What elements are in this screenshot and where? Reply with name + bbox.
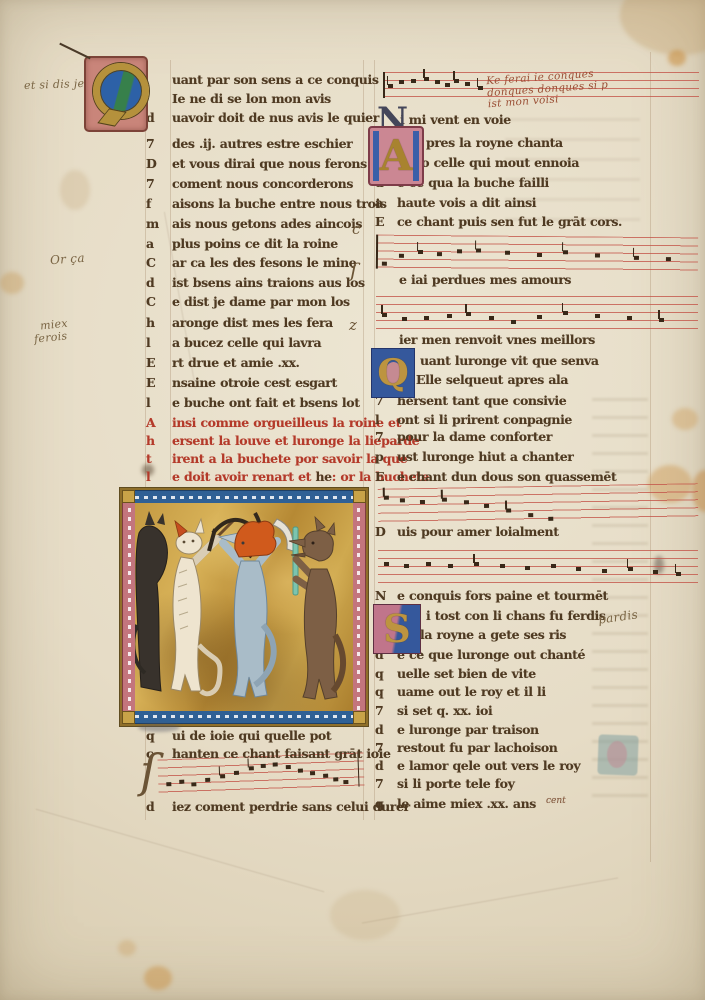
line-text: e conquis fors paine et tourmēt [397,588,608,603]
neume-stem [423,69,425,78]
line-initial: f [146,198,172,211]
verse-line: mais nous getons ades aincois [146,218,362,231]
verse-line: quame out le roy et il li [375,686,546,699]
neume [659,318,664,322]
line-text: nsaine otroie cest esgart [172,375,337,390]
line-initial: a [375,197,397,210]
verse-line: ahaute vois a dit ainsi [375,197,536,210]
neume [400,499,405,503]
neume [384,562,389,566]
line-text: restout fu par lachoison [397,740,558,755]
line-text: Ie ne di se lon mon avis [172,91,331,106]
neume-stem [633,248,635,257]
line-initial: t [146,453,172,466]
line-text: rt drue et amie .xx. [172,355,300,370]
dropcap-S: S [373,604,421,654]
neume [666,258,671,262]
neume-stem [383,487,385,496]
line-text: hersent tant que consivie [397,393,566,408]
line-text: uis pour amer loialment [397,524,559,539]
verse-line: de luronge par traison [375,724,539,737]
neume [529,513,534,517]
line-initial: h [146,435,172,448]
pen-flourish: ſ [350,258,357,282]
verse-line: Ece chant puis sen fut le grāt cors. [375,216,622,229]
verse-line: Elle selqueut apres ala [416,374,568,387]
barline [383,72,385,98]
miniature-frame [120,488,368,726]
verse-line: co celle qui mout ennoia [414,157,579,170]
stain [60,170,90,210]
neume [234,770,239,774]
line-text: la royne a gete ses ris [420,627,566,642]
gold-corner [122,711,135,724]
pen-flourish: z [349,316,357,334]
line-initial: C [146,296,172,309]
line-initial: m [146,218,172,231]
verse-line: ier men renvoit vnes meillors [399,334,595,347]
neume [382,262,387,266]
line-text: des .ij. autres estre eschier [172,136,352,151]
neume [399,80,404,84]
neume [454,79,459,83]
neume-stem [562,303,564,312]
stain [330,890,400,940]
neume-stem [465,304,467,313]
line-initial: a [146,238,172,251]
neume [344,779,349,783]
crease [36,809,325,893]
neume [465,82,470,86]
neume [206,777,211,781]
verse-line: faisons la buche entre nous trois [146,198,387,211]
scroll-pattern [135,496,353,499]
line-text: plus poins ce dit la roine [172,236,338,251]
dark-beast [135,511,167,691]
line-text: uant par son sens a ce conquis [172,72,378,87]
line-text: i mi vent en voie [400,112,511,127]
neume-stem [381,305,383,314]
verse-line: 7si set q. xx. ioi [375,705,492,718]
verse-line: haronge dist mes les fera [146,317,333,330]
neume [382,313,387,317]
ruling-line [650,52,651,862]
margin-note: Or ça [50,251,86,267]
neume [285,765,290,769]
neume [418,250,423,254]
dropcap-A: A [368,126,424,186]
neume [551,564,556,568]
neume [398,253,403,257]
line-initial: 7 [146,178,172,191]
line-text: a bucez celle qui lavra [172,335,321,350]
staff-right-4 [378,483,699,523]
pen-flourish: c [352,220,360,238]
dropcap-Q-globe [84,56,148,132]
verse-line: duavoir doit de nus avis le quier [146,112,379,125]
crease [362,877,618,923]
neume-stem [475,240,477,249]
line-initial: 7 [375,742,397,755]
verse-line: 7restout fu par lachoison [375,742,558,755]
neume [437,252,442,256]
blue-border-bottom [135,709,353,724]
neume [420,500,425,504]
line-initial: d [146,112,172,125]
neume [484,504,489,508]
filigree-pattern [128,490,131,724]
staff-lines [376,296,698,330]
margin-note: et si dis je [24,77,85,92]
line-text: aisons la buche entre nous trois [172,196,387,211]
line-initial: 7 [375,778,397,791]
staff-lines [378,550,698,584]
staff-right-3 [376,296,698,330]
line-text: irent a la buchete por savoir la que [172,451,407,466]
gold-corner [122,490,135,503]
line-text: e chant dun dous son quassemēt [397,469,616,484]
neume [388,84,393,88]
verse-line: uant par son sens a ce conquis [172,74,378,87]
verse-line: Det vous dirai que nous ferons [146,158,367,171]
pen-flourish: ſ [140,744,157,798]
staff-lines [378,483,699,523]
line-text: e dist je dame par mon los [172,294,350,309]
line-text: e buche ont fait et bsens lot [172,395,360,410]
verse-line: qle aime miex .xx. anscent [375,796,566,811]
line-text: ce chant puis sen fut le grāt cors. [397,214,622,229]
line-text: ist bsens ains traions aus los [172,275,365,290]
line-text: Elle selqueut apres ala [416,372,568,387]
neume [489,316,494,320]
neume [506,509,511,513]
neume [261,764,266,768]
line-text: si li porte tele foy [397,776,515,791]
verse-line: 7pour la dame conforter [375,431,552,444]
line-initial: 7 [146,138,172,151]
neume [576,567,581,571]
miniature-scene [135,503,353,711]
line-text: haute vois a dit ainsi [397,195,536,210]
neume [442,497,447,501]
neume [333,777,338,781]
neume [627,316,632,320]
neume [435,80,440,84]
verse-line: uant luronge vit que senva [420,355,599,368]
neume-stem [477,78,479,87]
line-text: e lamor qele out vers le roy [397,758,580,773]
verse-line: la bucez celle qui lavra [146,337,321,350]
neume-stem [417,242,419,251]
cursive-annotation: Ke ferai ie conques donques donques si p… [486,68,609,111]
line-text: ier men renvoit vnes meillors [399,332,595,347]
neume-stem [505,501,507,510]
verse-line: 7coment nous concorderons [146,178,353,191]
line-text: ont si li prirent conpagnie [397,412,572,427]
verse-line: Duis pour amer loialment [375,526,559,539]
verse-line: Ensaine otroie cest esgart [146,377,337,390]
neume [424,316,429,320]
pink-border-right [351,490,366,724]
verse-line: lont si li prirent conpagnie [375,414,572,427]
line-text: uant luronge vit que senva [420,353,599,368]
line-text: coment nous concorderons [172,176,353,191]
neume [445,83,450,87]
verse-line: i tost con li chans fu ferdis [426,610,606,623]
neume [602,569,607,573]
ink-smudge [138,723,180,732]
verse-line: Ainsi comme orgueilleus la roine et [146,417,401,430]
show-through-initial [597,734,638,775]
scroll-pattern [135,715,353,718]
neume [248,766,253,770]
margin-note: ferois [33,329,68,345]
neume-stem [387,76,389,85]
neume [505,251,510,255]
interlinear-correction: cent [546,796,566,806]
line-initial: l [146,471,172,484]
neume-stem [453,71,455,80]
line-text: ar ca les des fesons le mine [172,255,356,270]
neume [563,250,568,254]
line-initial: N [375,590,397,603]
verse-line: qui de ioie qui quelle pot [146,730,331,743]
stain [668,50,686,66]
neume-stem [219,766,221,775]
neume [310,771,315,775]
neume-stem [562,242,564,251]
line-text: si set q. xx. ioi [397,703,492,718]
neume [537,253,542,257]
line-text: e ce que luronge out chanté [397,647,585,662]
line-initial: d [146,801,172,814]
neume [220,774,225,778]
neume [595,254,600,258]
dropcap-letter: Q [372,349,414,397]
neume [478,86,483,90]
line-initial: q [375,686,397,699]
verse-line: tirent a la buchete por savoir la que [146,453,407,466]
stain [672,408,698,430]
neume [474,562,479,566]
line-initial: l [146,337,172,350]
neume [476,248,481,252]
line-text: uavoir doit de nus avis le quier [172,110,379,125]
neume [456,250,461,254]
orange-hood [235,521,276,557]
verse-line: quelle set bien de vite [375,668,536,681]
verse-line: chanten ce chant faisant grāt ioie [146,748,391,761]
dropcap-letter: A [370,128,422,184]
barline [376,235,378,269]
staff-right-2 [376,235,698,272]
line-initial: E [146,377,172,390]
stain [144,966,172,990]
line-text: hanten ce chant faisant grāt ioie [172,746,391,761]
verse-line: Ne conquis fors paine et tourmēt [375,590,608,603]
neume-stem [675,564,677,573]
verse-line: de lamor qele out vers le roy [375,760,580,773]
line-initial: 7 [375,431,397,444]
neume [548,516,553,520]
line-initial: 7 [375,705,397,718]
neume [653,570,658,574]
brown-wolf [289,517,343,699]
neume [402,317,407,321]
neume [298,768,303,772]
neume [179,780,184,784]
neume [191,782,196,786]
neume-stem [473,554,475,563]
verse-line: 7si li porte tele foy [375,778,515,791]
line-initial: E [146,357,172,370]
neume [563,311,568,315]
line-initial: q [375,798,397,811]
neume [676,572,681,576]
neume [511,320,516,324]
line-text: co celle qui mout ennoia [414,155,579,170]
neume [628,567,633,571]
neume-stem [658,310,660,319]
neume [273,762,278,766]
verse-line: Ert drue et amie .xx. [146,357,300,370]
filigree-pattern [357,490,360,724]
verse-line: Ce dist je dame par mon los [146,296,350,309]
line-text: et vous dirai que nous ferons [172,156,367,171]
neume [384,495,389,499]
neume [464,500,469,504]
verse-line: le buche ont fait et bsens lot [146,397,360,410]
verse-line: la royne a gete ses ris [420,629,566,642]
line-text: e luronge par traison [397,722,539,737]
line-text: ui de ioie qui quelle pot [172,728,331,743]
line-initial: A [146,417,172,430]
line-text: insi comme orgueilleus la roine et [172,415,401,430]
neume-stem [627,559,629,568]
line-initial: l [146,397,172,410]
verse-line: Car ca les des fesons le mine [146,257,356,270]
line-initial: D [146,158,172,171]
line-initial: C [146,257,172,270]
verse-line: e iai perdues mes amours [399,274,571,287]
line-initial: h [146,317,172,330]
line-initial: d [375,724,397,737]
line-initial: p [375,451,397,464]
neume [466,312,471,316]
line-text: ais nous getons ades aincois [172,216,362,231]
line-text: aronge dist mes les fera [172,315,333,330]
line-text: e iai perdues mes amours [399,272,571,287]
neume [537,315,542,319]
gold-corner [353,490,366,503]
gold-field [135,503,353,711]
neume [500,564,505,568]
verse-line: pres la royne chanta [426,137,563,150]
line-text: uelle set bien de vite [397,666,536,681]
line-initial: l [375,414,397,427]
neume [411,79,416,83]
manuscript-page: N A Q S Ke ferai ie conques donques donq… [0,0,705,1000]
stain [118,940,136,956]
line-text: le aime miex .xx. ans [397,796,536,811]
neume [525,566,530,570]
line-initial: E [375,216,397,229]
neume [424,77,429,81]
neume [447,314,452,318]
verse-line: 7des .ij. autres estre eschier [146,138,352,151]
verse-line: aplus poins ce dit la roine [146,238,338,251]
neume-stem [441,489,443,498]
verse-line: Ee chant dun dous son quassemēt [375,471,616,484]
verse-line: Ie ne di se lon mon avis [172,93,331,106]
verse-line: dist bsens ains traions aus los [146,277,365,290]
line-text: i tost con li chans fu ferdis [426,608,606,623]
neume [448,564,453,568]
stain [620,0,705,55]
show-through-center [607,741,628,769]
neume [595,314,600,318]
stain [0,272,24,294]
line-text: ust luronge hiut a chanter [397,449,573,464]
verse-line: diez coment perdrie sans celui durer [146,801,410,814]
line-initial: d [375,760,397,773]
neume [404,564,409,568]
neume [323,774,328,778]
gold-corner [353,711,366,724]
dropcap-letter: S [374,605,420,653]
line-initial: D [375,526,397,539]
line-initial: q [375,668,397,681]
staff-right-5 [378,550,698,584]
neume [634,256,639,260]
line-initial: d [146,277,172,290]
verse-line: pust luronge hiut a chanter [375,451,573,464]
line-text: pres la royne chanta [426,135,563,150]
line-text: uame out le roy et il li [397,684,546,699]
line-text: pour la dame conforter [397,429,552,444]
neume [426,562,431,566]
dropcap-Q-gold: Q [371,348,415,398]
neume [167,782,172,786]
verse-line: i mi vent en voie [400,114,511,127]
line-initial: E [375,471,397,484]
